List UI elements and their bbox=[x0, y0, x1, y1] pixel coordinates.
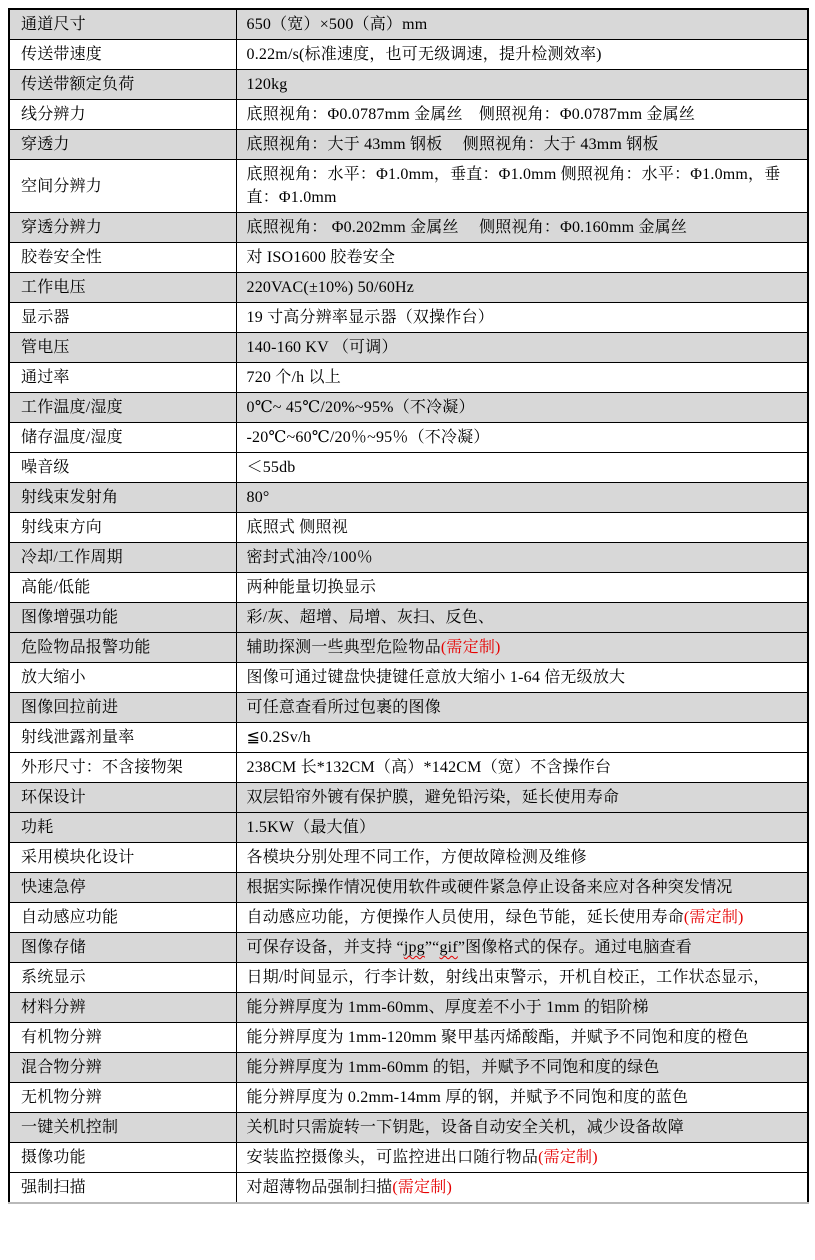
spec-name-cell: 冷却/工作周期 bbox=[9, 543, 236, 573]
custom-required-note: (需定制) bbox=[392, 1179, 452, 1196]
spec-value-cell: 各模块分别处理不同工作，方便故障检测及维修 bbox=[236, 843, 808, 873]
table-row: 危险物品报警功能辅助探测一些典型危险物品(需定制) bbox=[9, 633, 808, 663]
spec-name-cell: 高能/低能 bbox=[9, 573, 236, 603]
spec-name-cell: 传送带速度 bbox=[9, 40, 236, 70]
spec-value-cell: 0.22m/s(标准速度，也可无级调速，提升检测效率) bbox=[236, 40, 808, 70]
spec-value-text: 650（宽）×500（高）mm bbox=[247, 16, 428, 33]
table-row: 摄像功能安装监控摄像头，可监控进出口随行物品(需定制) bbox=[9, 1143, 808, 1173]
spec-name-cell: 穿透力 bbox=[9, 130, 236, 160]
table-row: 一键关机控制关机时只需旋转一下钥匙，设备自动安全关机，减少设备故障 bbox=[9, 1113, 808, 1143]
spec-value-text: 对超薄物品强制扫描 bbox=[247, 1179, 393, 1196]
spec-value-text: 底照视角：大于 43mm 钢板 侧照视角：大于 43mm 钢板 bbox=[247, 136, 659, 153]
spec-value-text: 两种能量切换显示 bbox=[247, 579, 377, 596]
spec-name-cell: 空间分辨力 bbox=[9, 160, 236, 213]
table-row: 环保设计双层铅帘外镀有保护膜，避免铅污染，延长使用寿命 bbox=[9, 783, 808, 813]
table-row: 管电压140-160 KV （可调） bbox=[9, 333, 808, 363]
spec-value-text: 辅助探测一些典型危险物品 bbox=[247, 639, 441, 656]
table-row: 自动感应功能自动感应功能，方便操作人员使用，绿色节能，延长使用寿命(需定制) bbox=[9, 903, 808, 933]
custom-required-note: (需定制) bbox=[684, 909, 744, 926]
spec-value-text: 0.22m/s(标准速度，也可无级调速，提升检测效率) bbox=[247, 46, 602, 63]
spec-name-cell: 线分辨力 bbox=[9, 100, 236, 130]
spec-value-text: 1.5KW（最大值） bbox=[247, 819, 376, 836]
spec-value-text: ≦0.2Sv/h bbox=[247, 729, 311, 746]
spec-value-cell: 220VAC(±10%) 50/60Hz bbox=[236, 273, 808, 303]
spec-value-text: ”图像格式的保存。通过电脑查看 bbox=[458, 939, 692, 956]
spec-value-text: 能分辨厚度为 1mm-60mm、厚度差不小于 1mm 的铝阶梯 bbox=[247, 999, 649, 1016]
spec-value-text: 彩/灰、超增、局增、灰扫、反色、 bbox=[247, 609, 495, 626]
spec-value-text: 可保存设备，并支持 “ bbox=[247, 939, 404, 956]
spec-value-text: -20℃~60℃/20％~95％（不冷凝） bbox=[247, 429, 490, 446]
spec-value-cell: 238CM 长*132CM（高）*142CM（宽）不含操作台 bbox=[236, 753, 808, 783]
table-row: 冷却/工作周期密封式油冷/100％ bbox=[9, 543, 808, 573]
table-row: 传送带额定负荷120kg bbox=[9, 70, 808, 100]
spec-name-cell: 图像回拉前进 bbox=[9, 693, 236, 723]
spec-value-cell: 能分辨厚度为 0.2mm-14mm 厚的钢，并赋予不同饱和度的蓝色 bbox=[236, 1083, 808, 1113]
spec-name-cell: 储存温度/湿度 bbox=[9, 423, 236, 453]
spec-value-cell: 0℃~ 45℃/20%~95%（不冷凝） bbox=[236, 393, 808, 423]
spellcheck-flagged-text: jpg bbox=[404, 939, 425, 956]
spec-name-cell: 通道尺寸 bbox=[9, 9, 236, 40]
spec-name-cell: 无机物分辨 bbox=[9, 1083, 236, 1113]
table-row: 快速急停根据实际操作情况使用软件或硬件紧急停止设备来应对各种突发情况 bbox=[9, 873, 808, 903]
table-row: 有机物分辨能分辨厚度为 1mm-120mm 聚甲基丙烯酸酯，并赋予不同饱和度的橙… bbox=[9, 1023, 808, 1053]
spec-value-cell: 80° bbox=[236, 483, 808, 513]
spec-name-cell: 工作电压 bbox=[9, 273, 236, 303]
spec-value-cell: ＜55db bbox=[236, 453, 808, 483]
spec-name-cell: 环保设计 bbox=[9, 783, 236, 813]
spec-value-text: 根据实际操作情况使用软件或硬件紧急停止设备来应对各种突发情况 bbox=[247, 879, 733, 896]
table-row: 功耗1.5KW（最大值） bbox=[9, 813, 808, 843]
spec-name-cell: 射线束方向 bbox=[9, 513, 236, 543]
spec-name-cell: 射线泄露剂量率 bbox=[9, 723, 236, 753]
spec-value-cell: 彩/灰、超增、局增、灰扫、反色、 bbox=[236, 603, 808, 633]
spec-value-cell: 双层铅帘外镀有保护膜，避免铅污染，延长使用寿命 bbox=[236, 783, 808, 813]
spec-name-cell: 图像存储 bbox=[9, 933, 236, 963]
spec-value-text: 0℃~ 45℃/20%~95%（不冷凝） bbox=[247, 399, 475, 416]
spec-value-text: 能分辨厚度为 0.2mm-14mm 厚的钢，并赋予不同饱和度的蓝色 bbox=[247, 1089, 689, 1106]
spec-value-text: 关机时只需旋转一下钥匙，设备自动安全关机，减少设备故障 bbox=[247, 1119, 684, 1136]
spec-value-cell: 120kg bbox=[236, 70, 808, 100]
spec-name-cell: 外形尺寸：不含接物架 bbox=[9, 753, 236, 783]
spec-name-cell: 采用模块化设计 bbox=[9, 843, 236, 873]
spec-value-cell: 140-160 KV （可调） bbox=[236, 333, 808, 363]
table-row: 图像增强功能彩/灰、超增、局增、灰扫、反色、 bbox=[9, 603, 808, 633]
spellcheck-flagged-text: gif bbox=[439, 939, 457, 956]
spec-value-text: 能分辨厚度为 1mm-60mm 的铝，并赋予不同饱和度的绿色 bbox=[247, 1059, 660, 1076]
table-row: 射线束方向底照式 侧照视 bbox=[9, 513, 808, 543]
custom-required-note: (需定制) bbox=[538, 1149, 598, 1166]
spec-value-cell: 底照视角：水平：Φ1.0mm，垂直：Φ1.0mm 侧照视角：水平：Φ1.0mm，… bbox=[236, 160, 808, 213]
spec-value-text: 720 个/h 以上 bbox=[247, 369, 341, 386]
spec-value-cell: 对超薄物品强制扫描(需定制) bbox=[236, 1173, 808, 1204]
spec-name-cell: 传送带额定负荷 bbox=[9, 70, 236, 100]
spec-value-text: 密封式油冷/100％ bbox=[247, 549, 373, 566]
spec-value-text: 图像可通过键盘快捷键任意放大缩小 1-64 倍无级放大 bbox=[247, 669, 626, 686]
spec-value-cell: 辅助探测一些典型危险物品(需定制) bbox=[236, 633, 808, 663]
table-row: 胶卷安全性对 ISO1600 胶卷安全 bbox=[9, 243, 808, 273]
spec-value-text: 19 寸高分辨率显示器（双操作台） bbox=[247, 309, 494, 326]
spec-name-cell: 显示器 bbox=[9, 303, 236, 333]
spec-value-text: 日期/时间显示，行李计数，射线出束警示，开机自校正，工作状态显示， bbox=[247, 969, 770, 986]
spec-value-cell: 能分辨厚度为 1mm-60mm、厚度差不小于 1mm 的铝阶梯 bbox=[236, 993, 808, 1023]
spec-name-cell: 摄像功能 bbox=[9, 1143, 236, 1173]
spec-value-text: 底照式 侧照视 bbox=[247, 519, 348, 536]
table-row: 储存温度/湿度-20℃~60℃/20％~95％（不冷凝） bbox=[9, 423, 808, 453]
table-row: 穿透分辨力底照视角： Φ0.202mm 金属丝 侧照视角：Φ0.160mm 金属… bbox=[9, 213, 808, 243]
spec-name-cell: 管电压 bbox=[9, 333, 236, 363]
spec-name-cell: 强制扫描 bbox=[9, 1173, 236, 1204]
spec-name-cell: 胶卷安全性 bbox=[9, 243, 236, 273]
spec-sheet: 通道尺寸650（宽）×500（高）mm传送带速度0.22m/s(标准速度，也可无… bbox=[0, 0, 815, 1210]
table-row: 通过率720 个/h 以上 bbox=[9, 363, 808, 393]
spec-value-cell: 可任意查看所过包裹的图像 bbox=[236, 693, 808, 723]
spec-value-cell: 底照视角： Φ0.202mm 金属丝 侧照视角：Φ0.160mm 金属丝 bbox=[236, 213, 808, 243]
spec-value-text: 各模块分别处理不同工作，方便故障检测及维修 bbox=[247, 849, 587, 866]
table-row: 显示器19 寸高分辨率显示器（双操作台） bbox=[9, 303, 808, 333]
spec-value-cell: 两种能量切换显示 bbox=[236, 573, 808, 603]
spec-name-cell: 有机物分辨 bbox=[9, 1023, 236, 1053]
spec-name-cell: 穿透分辨力 bbox=[9, 213, 236, 243]
spec-value-text: 自动感应功能，方便操作人员使用，绿色节能，延长使用寿命 bbox=[247, 909, 684, 926]
spec-value-text: 底照视角：水平：Φ1.0mm，垂直：Φ1.0mm 侧照视角：水平：Φ1.0mm，… bbox=[247, 166, 781, 206]
spec-value-cell: ≦0.2Sv/h bbox=[236, 723, 808, 753]
spec-name-cell: 危险物品报警功能 bbox=[9, 633, 236, 663]
table-row: 混合物分辨能分辨厚度为 1mm-60mm 的铝，并赋予不同饱和度的绿色 bbox=[9, 1053, 808, 1083]
spec-value-text: 底照视角：Φ0.0787mm 金属丝 侧照视角：Φ0.0787mm 金属丝 bbox=[247, 106, 696, 123]
table-row: 图像存储可保存设备，并支持 “jpg”“gif”图像格式的保存。通过电脑查看 bbox=[9, 933, 808, 963]
table-row: 通道尺寸650（宽）×500（高）mm bbox=[9, 9, 808, 40]
spec-name-cell: 图像增强功能 bbox=[9, 603, 236, 633]
spec-value-cell: 1.5KW（最大值） bbox=[236, 813, 808, 843]
spec-value-text: 双层铅帘外镀有保护膜，避免铅污染，延长使用寿命 bbox=[247, 789, 620, 806]
spec-name-cell: 材料分辨 bbox=[9, 993, 236, 1023]
table-row: 采用模块化设计各模块分别处理不同工作，方便故障检测及维修 bbox=[9, 843, 808, 873]
spec-name-cell: 系统显示 bbox=[9, 963, 236, 993]
spec-value-cell: 650（宽）×500（高）mm bbox=[236, 9, 808, 40]
spec-value-text: 140-160 KV （可调） bbox=[247, 339, 398, 356]
spec-value-cell: 底照视角：大于 43mm 钢板 侧照视角：大于 43mm 钢板 bbox=[236, 130, 808, 160]
spec-value-cell: 能分辨厚度为 1mm-120mm 聚甲基丙烯酸酯，并赋予不同饱和度的橙色 bbox=[236, 1023, 808, 1053]
table-row: 射线泄露剂量率≦0.2Sv/h bbox=[9, 723, 808, 753]
spec-value-text: 能分辨厚度为 1mm-120mm 聚甲基丙烯酸酯，并赋予不同饱和度的橙色 bbox=[247, 1029, 749, 1046]
spec-value-cell: 底照式 侧照视 bbox=[236, 513, 808, 543]
spec-value-cell: 能分辨厚度为 1mm-60mm 的铝，并赋予不同饱和度的绿色 bbox=[236, 1053, 808, 1083]
spec-value-cell: 底照视角：Φ0.0787mm 金属丝 侧照视角：Φ0.0787mm 金属丝 bbox=[236, 100, 808, 130]
custom-required-note: (需定制) bbox=[441, 639, 501, 656]
spec-name-cell: 快速急停 bbox=[9, 873, 236, 903]
table-row: 工作温度/湿度0℃~ 45℃/20%~95%（不冷凝） bbox=[9, 393, 808, 423]
spec-value-cell: -20℃~60℃/20％~95％（不冷凝） bbox=[236, 423, 808, 453]
table-row: 射线束发射角80° bbox=[9, 483, 808, 513]
spec-value-cell: 19 寸高分辨率显示器（双操作台） bbox=[236, 303, 808, 333]
table-row: 系统显示日期/时间显示，行李计数，射线出束警示，开机自校正，工作状态显示， bbox=[9, 963, 808, 993]
spec-value-cell: 图像可通过键盘快捷键任意放大缩小 1-64 倍无级放大 bbox=[236, 663, 808, 693]
table-row: 高能/低能两种能量切换显示 bbox=[9, 573, 808, 603]
table-row: 强制扫描对超薄物品强制扫描(需定制) bbox=[9, 1173, 808, 1204]
spec-name-cell: 一键关机控制 bbox=[9, 1113, 236, 1143]
spec-name-cell: 自动感应功能 bbox=[9, 903, 236, 933]
spec-name-cell: 功耗 bbox=[9, 813, 236, 843]
table-row: 线分辨力底照视角：Φ0.0787mm 金属丝 侧照视角：Φ0.0787mm 金属… bbox=[9, 100, 808, 130]
spec-table-body: 通道尺寸650（宽）×500（高）mm传送带速度0.22m/s(标准速度，也可无… bbox=[9, 9, 808, 1203]
spec-value-cell: 根据实际操作情况使用软件或硬件紧急停止设备来应对各种突发情况 bbox=[236, 873, 808, 903]
spec-value-text: 可任意查看所过包裹的图像 bbox=[247, 699, 441, 716]
spec-value-cell: 对 ISO1600 胶卷安全 bbox=[236, 243, 808, 273]
spec-value-text: 底照视角： Φ0.202mm 金属丝 侧照视角：Φ0.160mm 金属丝 bbox=[247, 219, 688, 236]
table-row: 无机物分辨能分辨厚度为 0.2mm-14mm 厚的钢，并赋予不同饱和度的蓝色 bbox=[9, 1083, 808, 1113]
spec-value-cell: 关机时只需旋转一下钥匙，设备自动安全关机，减少设备故障 bbox=[236, 1113, 808, 1143]
spec-name-cell: 放大缩小 bbox=[9, 663, 236, 693]
spec-value-cell: 可保存设备，并支持 “jpg”“gif”图像格式的保存。通过电脑查看 bbox=[236, 933, 808, 963]
table-row: 图像回拉前进可任意查看所过包裹的图像 bbox=[9, 693, 808, 723]
spec-value-text: 安装监控摄像头，可监控进出口随行物品 bbox=[247, 1149, 539, 1166]
spec-value-cell: 安装监控摄像头，可监控进出口随行物品(需定制) bbox=[236, 1143, 808, 1173]
table-row: 穿透力底照视角：大于 43mm 钢板 侧照视角：大于 43mm 钢板 bbox=[9, 130, 808, 160]
spec-name-cell: 噪音级 bbox=[9, 453, 236, 483]
spec-value-cell: 密封式油冷/100％ bbox=[236, 543, 808, 573]
spec-value-text: ＜55db bbox=[247, 459, 296, 476]
spec-value-cell: 日期/时间显示，行李计数，射线出束警示，开机自校正，工作状态显示， bbox=[236, 963, 808, 993]
table-row: 传送带速度0.22m/s(标准速度，也可无级调速，提升检测效率) bbox=[9, 40, 808, 70]
spec-name-cell: 工作温度/湿度 bbox=[9, 393, 236, 423]
spec-name-cell: 射线束发射角 bbox=[9, 483, 236, 513]
table-row: 工作电压220VAC(±10%) 50/60Hz bbox=[9, 273, 808, 303]
spec-table: 通道尺寸650（宽）×500（高）mm传送带速度0.22m/s(标准速度，也可无… bbox=[8, 8, 809, 1204]
spec-value-text: 对 ISO1600 胶卷安全 bbox=[247, 249, 396, 266]
spec-value-text: 238CM 长*132CM（高）*142CM（宽）不含操作台 bbox=[247, 759, 612, 776]
spec-name-cell: 混合物分辨 bbox=[9, 1053, 236, 1083]
table-row: 空间分辨力底照视角：水平：Φ1.0mm，垂直：Φ1.0mm 侧照视角：水平：Φ1… bbox=[9, 160, 808, 213]
spec-value-cell: 自动感应功能，方便操作人员使用，绿色节能，延长使用寿命(需定制) bbox=[236, 903, 808, 933]
spec-value-text: 80° bbox=[247, 489, 270, 506]
table-row: 放大缩小图像可通过键盘快捷键任意放大缩小 1-64 倍无级放大 bbox=[9, 663, 808, 693]
table-row: 材料分辨能分辨厚度为 1mm-60mm、厚度差不小于 1mm 的铝阶梯 bbox=[9, 993, 808, 1023]
spec-value-cell: 720 个/h 以上 bbox=[236, 363, 808, 393]
spec-value-text: 120kg bbox=[247, 76, 288, 93]
spec-value-text: ”“ bbox=[425, 939, 440, 956]
spec-value-text: 220VAC(±10%) 50/60Hz bbox=[247, 279, 415, 296]
table-row: 外形尺寸：不含接物架238CM 长*132CM（高）*142CM（宽）不含操作台 bbox=[9, 753, 808, 783]
spec-name-cell: 通过率 bbox=[9, 363, 236, 393]
table-row: 噪音级＜55db bbox=[9, 453, 808, 483]
